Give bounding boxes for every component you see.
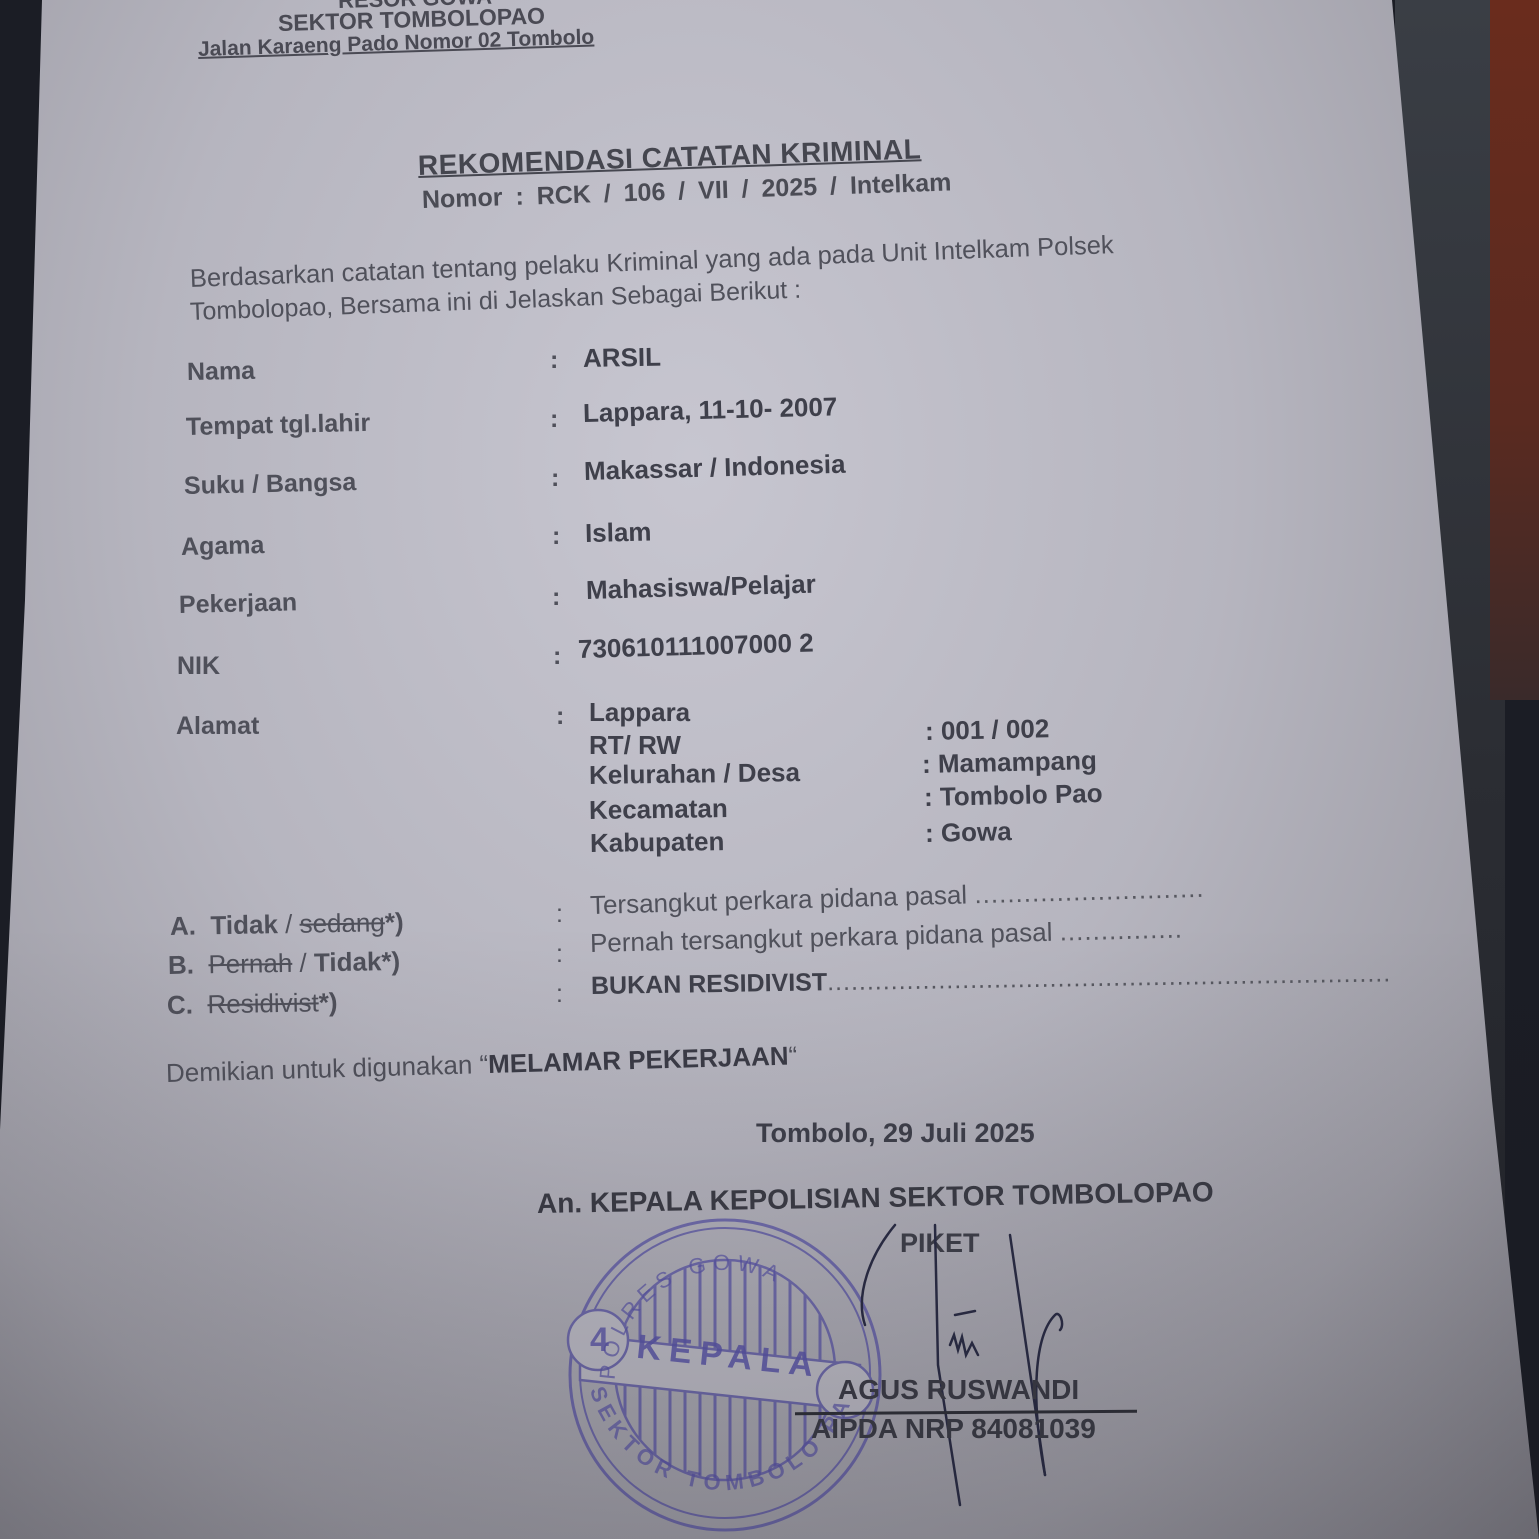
field-colon: : xyxy=(556,980,563,1009)
field-value-pekerjaan: Mahasiswa/Pelajar xyxy=(586,569,817,606)
field-value-tempat-tgl-lahir: Lappara, 11-10- 2007 xyxy=(583,391,838,429)
field-value-suku-bangsa: Makassar / Indonesia xyxy=(584,449,846,487)
field-label-nik: NIK xyxy=(177,652,220,681)
field-label-tempat-tgl-lahir: Tempat tgl.lahir xyxy=(186,409,371,442)
status-item-c: C. Residivist*) xyxy=(167,987,338,1021)
status-text-b: Pernah tersangkut perkara pidana pasal .… xyxy=(590,914,1184,959)
signatory-rank-nrp: AIPDA NRP 84081039 xyxy=(811,1413,1096,1445)
status-text-a: Tersangkut perkara pidana pasal ........… xyxy=(590,873,1205,921)
blank-dots: ............... xyxy=(1059,914,1183,947)
address-label-kabupaten: Kabupaten xyxy=(590,826,725,859)
status-text: Pernah tersangkut perkara pidana pasal xyxy=(590,917,1053,958)
address-label-kecamatan: Kecamatan xyxy=(589,793,728,826)
status-separator: / xyxy=(278,909,300,939)
address-label-kelurahan: Kelurahan / Desa xyxy=(589,757,800,791)
field-label-agama: Agama xyxy=(181,531,265,562)
status-text-c: BUKAN RESIDIVIST........................… xyxy=(591,959,1392,1001)
field-label-pekerjaan: Pekerjaan xyxy=(179,588,298,620)
status-letter: C. xyxy=(167,990,194,1020)
field-value-nama: ARSIL xyxy=(583,342,662,374)
field-colon: : xyxy=(552,583,560,612)
address-label-rt-rw: RT/ RW xyxy=(589,730,681,761)
address-value-kabupaten: : Gowa xyxy=(925,816,1012,849)
field-colon: : xyxy=(556,702,564,731)
field-label-alamat: Alamat xyxy=(176,712,259,741)
status-letter: A. xyxy=(170,911,197,941)
status-option-struck: sedang xyxy=(299,907,385,938)
police-stamp-icon: 4 KEPALA POLRES GOWA SEKTOR TOMBOLO PAO xyxy=(560,1205,890,1535)
status-suffix: *) xyxy=(381,946,400,976)
status-letter: B. xyxy=(168,950,195,980)
status-suffix: *) xyxy=(385,907,404,937)
field-colon: : xyxy=(550,405,558,434)
blank-dots: ........................................… xyxy=(827,959,1392,996)
status-text: BUKAN RESIDIVIST xyxy=(591,968,828,1000)
field-label-nama: Nama xyxy=(187,357,256,387)
status-option-selected: Tidak xyxy=(210,909,278,940)
signatory-name: AGUS RUSWANDI xyxy=(838,1374,1079,1406)
status-option-selected: Tidak xyxy=(314,946,382,977)
purpose-prefix: Demikian untuk digunakan “ xyxy=(166,1049,489,1088)
purpose-value: MELAMAR PEKERJAAN xyxy=(488,1041,789,1079)
blank-dots: ............................ xyxy=(974,873,1205,909)
status-item-a: A. Tidak / sedang*) xyxy=(170,907,404,942)
address-value-kecamatan: : Tombolo Pao xyxy=(924,778,1103,813)
field-colon: : xyxy=(552,522,560,551)
status-option-struck: Residivist xyxy=(207,987,319,1019)
field-value-alamat: Lappara xyxy=(589,697,690,728)
purpose-line: Demikian untuk digunakan “MELAMAR PEKERJ… xyxy=(166,1040,798,1089)
field-value-agama: Islam xyxy=(585,516,652,549)
status-item-b: B. Pernah / Tidak*) xyxy=(168,946,401,981)
field-value-nik: 730610111007000 2 xyxy=(578,627,814,665)
field-colon: : xyxy=(556,940,563,969)
field-colon: : xyxy=(550,346,558,375)
field-label-suku-bangsa: Suku / Bangsa xyxy=(184,468,357,501)
purpose-suffix: “ xyxy=(788,1040,798,1070)
address-value-kelurahan: : Mamampang xyxy=(922,745,1097,780)
status-separator: / xyxy=(292,947,314,977)
handwritten-signature-icon xyxy=(850,1215,1110,1515)
field-colon: : xyxy=(553,642,561,671)
document-page: RESOR GOWA SEKTOR TOMBOLOPAO Jalan Karae… xyxy=(0,0,1539,1539)
field-colon: : xyxy=(551,464,559,493)
status-suffix: *) xyxy=(318,987,337,1017)
status-option-struck: Pernah xyxy=(208,948,292,979)
field-colon: : xyxy=(556,900,563,929)
header-address: Jalan Karaeng Pado Nomor 02 Tombolo xyxy=(198,26,595,62)
address-value-rt-rw: : 001 / 002 xyxy=(925,713,1050,747)
status-text: Tersangkut perkara pidana pasal xyxy=(590,879,968,920)
place-date: Tombolo, 29 Juli 2025 xyxy=(756,1118,1035,1149)
